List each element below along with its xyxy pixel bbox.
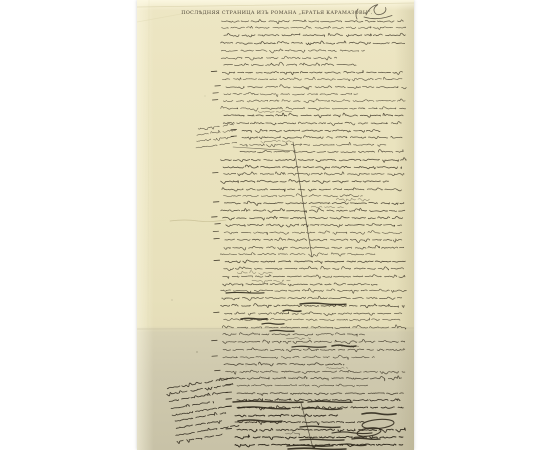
handwriting-main-column <box>211 20 406 448</box>
manuscript-caption: ПОСЛѢДНЯЯ СТРАНИЦА ИЗЪ РОМАНА „БРАТЬЯ КА… <box>181 9 372 16</box>
manuscript-art: ПОСЛѢДНЯЯ СТРАНИЦА ИЗЪ РОМАНА „БРАТЬЯ КА… <box>137 0 414 450</box>
strike-through-corrections <box>226 142 396 449</box>
middle-crease <box>170 220 226 222</box>
left-edge-crease <box>148 0 149 330</box>
page-background: ПОСЛѢДНЯЯ СТРАНИЦА ИЗЪ РОМАНА „БРАТЬЯ КА… <box>0 0 550 450</box>
margin-note-top <box>194 123 237 149</box>
manuscript-photo: ПОСЛѢДНЯЯ СТРАНИЦА ИЗЪ РОМАНА „БРАТЬЯ КА… <box>137 0 414 450</box>
margin-note-bottom <box>166 376 242 444</box>
